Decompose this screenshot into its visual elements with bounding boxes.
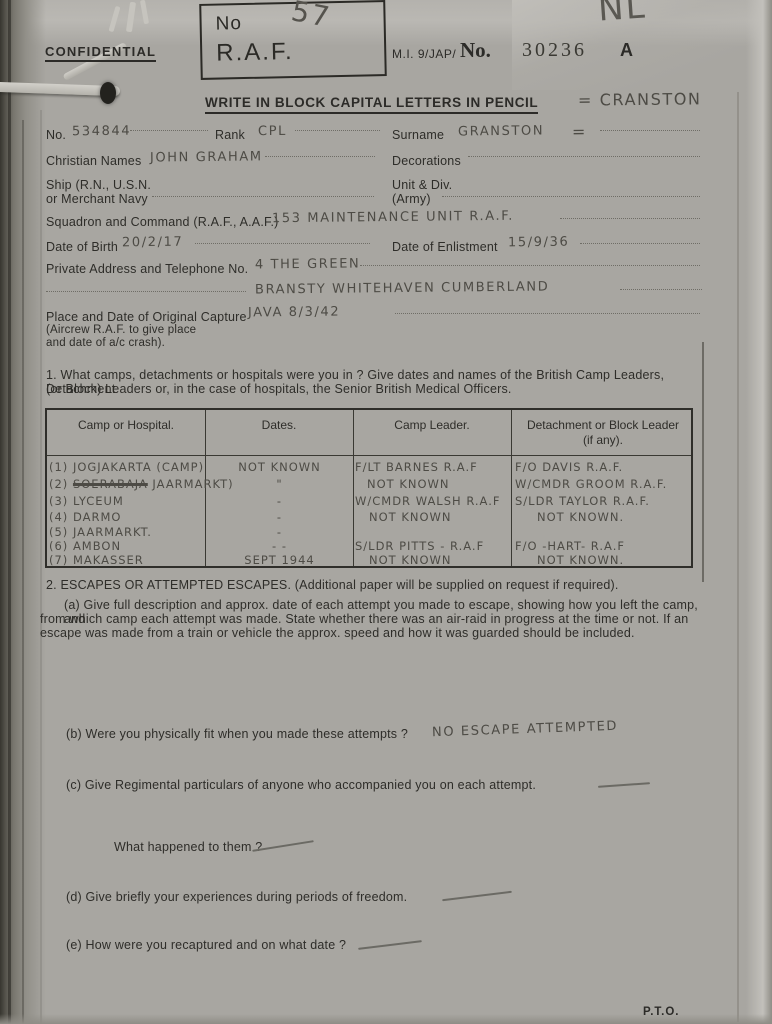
unit-label-line2: (Army) (392, 192, 431, 206)
camp-number: (2) (49, 477, 73, 491)
vertical-crease (40, 110, 42, 1024)
question2-heading: 2. ESCAPES OR ATTEMPTED ESCAPES. (Additi… (46, 578, 706, 592)
dates-cell: - (207, 525, 352, 539)
date-of-birth-label: Date of Birth (46, 240, 118, 254)
detachment-leader-cell: F/O -HART- R.A.F (515, 539, 693, 553)
squadron-label: Squadron and Command (R.A.F., A.A.F.) (46, 215, 279, 229)
dotted-line (468, 142, 700, 157)
frayed-string-end (126, 2, 136, 33)
camp-cell: (7) MAKASSER (49, 553, 205, 567)
page-turn-over-note: P.T.O. (643, 1006, 679, 1018)
detachment-leader-cell: W/CMDR GROOM R.A.F. (515, 477, 693, 491)
detachment-leader-cell: NOT KNOWN. (537, 510, 715, 524)
decorations-label: Decorations (392, 154, 461, 168)
question2e-label: (e) How were you recaptured and on what … (66, 938, 346, 952)
question2a-line3: escape was made from a train or vehicle … (40, 626, 708, 640)
dotted-line (560, 204, 700, 219)
dotted-line (620, 275, 702, 290)
serial-number: 30236 (522, 39, 587, 62)
question1-line2: (or Block) Leaders or, in the case of ho… (46, 382, 702, 396)
question2d-label: (d) Give briefly your experiences during… (66, 890, 407, 904)
camp-struck-text: SOERABAJA (73, 477, 148, 491)
page-edge-line (22, 120, 24, 1024)
col-header-dates: Dates. (205, 418, 353, 433)
what-happened-label: What happened to them ? (114, 840, 262, 854)
question2a-line2: from which camp each attempt was made. S… (40, 612, 708, 626)
capture-note-line1: (Aircrew R.A.F. to give place (46, 324, 196, 336)
camps-table: Camp or Hospital. Dates. Camp Leader. De… (45, 408, 693, 568)
surname-value: GRANSTON (458, 124, 544, 140)
service-no-label: No. (46, 128, 66, 142)
col-header-camp: Camp or Hospital. (47, 418, 205, 433)
camp-cell: (3) LYCEUM (49, 494, 205, 508)
pencil-dash (598, 782, 650, 788)
address-value-line2: BRANSTY WHITEHAVEN CUMBERLAND (255, 279, 549, 297)
detachment-leader-cell: NOT KNOWN. (537, 553, 715, 567)
ship-label-line2: or Merchant Navy (46, 192, 148, 206)
dotted-line (580, 229, 700, 244)
dotted-line (295, 116, 380, 131)
table-row: (7) MAKASSER SEPT 1944 NOT KNOWN NOT KNO… (47, 553, 691, 569)
serial-no-label: No. (460, 38, 491, 63)
question2b-answer: NO ESCAPE ATTEMPTED (432, 719, 619, 740)
scanned-pow-questionnaire-page: CONFIDENTIAL No 57 R.A.F. M.I. 9/JAP/ No… (0, 0, 772, 1024)
dates-cell: NOT KNOWN (207, 460, 352, 474)
surname-label: Surname (392, 128, 444, 142)
pencil-surname-note: = CRANSTON (578, 89, 702, 109)
camp-leader-cell: W/CMDR WALSH R.A.F (355, 494, 511, 508)
page-stack-left-edge (0, 0, 46, 1024)
confidential-marking: CONFIDENTIAL (45, 44, 156, 62)
date-of-birth-value: 20/2/17 (122, 235, 183, 251)
dotted-line (265, 142, 375, 157)
table-header-row: Camp or Hospital. Dates. Camp Leader. De… (47, 410, 691, 456)
capture-note-line2: and date of a/c crash). (46, 337, 165, 349)
mi9-reference: M.I. 9/JAP/ (392, 47, 456, 61)
camp-leader-cell: NOT KNOWN (369, 510, 525, 524)
camp-cell: (6) AMBON (49, 539, 205, 553)
capture-label: Place and Date of Original Capture (46, 310, 247, 324)
camp-cell: (4) DARMO (49, 510, 205, 524)
address-value-line1: 4 THE GREEN (255, 256, 360, 272)
serial-suffix: A (620, 40, 633, 61)
camp-cell: (5) JAARMARKT. (49, 525, 205, 539)
camp-leader-cell: S/LDR PITTS - R.A.F (355, 539, 511, 553)
dates-cell: SEPT 1944 (207, 553, 352, 567)
frayed-string-end (109, 6, 121, 32)
camp-cell: (2) SOERABAJA JAARMARKT) (49, 477, 205, 491)
ship-label-line1: Ship (R.N., U.S.N. (46, 178, 151, 192)
dotted-line (442, 182, 700, 197)
date-of-enlistment-value: 15/9/36 (508, 235, 569, 251)
squadron-value: 153 MAINTENANCE UNIT R.A.F. (272, 209, 514, 227)
detachment-leader-cell: S/LDR TAYLOR R.A.F. (515, 494, 693, 508)
table-row: (3) LYCEUM - W/CMDR WALSH R.A.F S/LDR TA… (47, 494, 691, 510)
dotted-line (600, 116, 700, 131)
pencil-dash (442, 891, 512, 902)
question2c-label: (c) Give Regimental particulars of anyon… (66, 778, 536, 792)
form-title: WRITE IN BLOCK CAPITAL LETTERS IN PENCIL (205, 95, 538, 114)
stamp-no-label: No (215, 13, 242, 36)
rank-value: CPL (258, 124, 287, 139)
table-row: (1) JOGJAKARTA (CAMP) NOT KNOWN F/LT BAR… (47, 460, 691, 476)
dates-cell: - (207, 510, 352, 524)
camp-leader-cell: NOT KNOWN (367, 477, 523, 491)
stamp-no-handwritten-value: 57 (289, 0, 334, 34)
col-header-detachment-leader: Detachment or Block Leader (if any). (511, 418, 695, 448)
dotted-line (395, 299, 700, 314)
table-row: (2) SOERABAJA JAARMARKT) " NOT KNOWN W/C… (47, 477, 691, 493)
col-header-camp-leader: Camp Leader. (353, 418, 511, 433)
question2b-label: (b) Were you physically fit when you mad… (66, 727, 408, 741)
pencil-mark-top-right: NL (597, 0, 648, 30)
christian-names-label: Christian Names (46, 154, 141, 168)
page-stack-right-edge (746, 0, 772, 1024)
raf-number-stamp: No 57 R.A.F. (199, 0, 387, 80)
camp-cell: (1) JOGJAKARTA (CAMP) (49, 460, 205, 474)
dates-cell: " (207, 477, 352, 491)
dates-cell: - - (207, 539, 352, 553)
dotted-line (46, 277, 246, 292)
table-row: (4) DARMO - NOT KNOWN NOT KNOWN. (47, 510, 691, 526)
pencil-dash (358, 940, 422, 950)
address-label: Private Address and Telephone No. (46, 262, 248, 276)
dotted-line (195, 229, 370, 244)
capture-value: JAVA 8/3/42 (248, 305, 340, 321)
dates-cell: - (207, 494, 352, 508)
detachment-leader-cell: F/O DAVIS R.A.F. (515, 460, 693, 474)
page-edge-line (8, 0, 11, 1024)
christian-names-value: JOHN GRAHAM (150, 149, 263, 165)
bleed-through-line (702, 342, 704, 582)
punch-hole (100, 82, 116, 104)
dotted-line (130, 116, 208, 131)
frayed-string-end (140, 0, 149, 24)
stamp-raf-label: R.A.F. (216, 38, 294, 68)
service-no-value: 534844 (72, 124, 131, 140)
dotted-line (360, 251, 700, 266)
camp-leader-cell: F/LT BARNES R.A.F (355, 460, 511, 474)
dotted-line (152, 182, 374, 197)
camp-leader-cell: NOT KNOWN (369, 553, 525, 567)
rank-label: Rank (215, 128, 245, 142)
surname-pencil-mark: = (572, 122, 587, 141)
bleed-through-line (737, 92, 739, 1022)
